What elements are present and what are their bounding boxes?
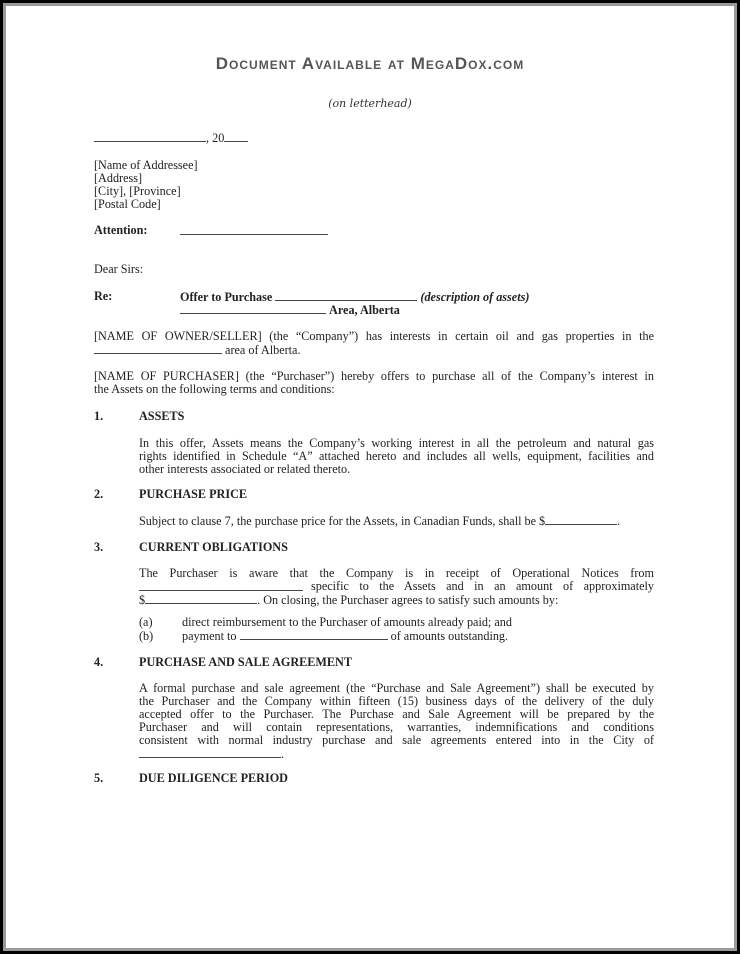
attention-blank	[180, 224, 328, 235]
re-description: (description of assets)	[420, 290, 529, 304]
section-1-line-3: other interests associated or related th…	[139, 463, 654, 476]
section-3-body: The Purchaser is aware that the Company …	[139, 567, 654, 607]
section-3-line-3-wrap: $. On closing, the Purchaser agrees to s…	[139, 593, 654, 607]
list-item-a-text: direct reimbursement to the Purchaser of…	[182, 615, 512, 629]
section-1-body: In this offer, Assets means the Company’…	[139, 437, 654, 476]
addressee-block: [Name of Addressee] [Address] [City], [P…	[94, 159, 198, 211]
payee-blank	[240, 629, 388, 640]
section-1-number: 1.	[94, 410, 134, 423]
price-blank	[545, 514, 617, 525]
list-item-b: (b)payment to of amounts outstanding.	[139, 629, 654, 643]
section-3-line-2: specific to the Assets and in an amount …	[311, 580, 654, 593]
section-2-body: Subject to clause 7, the purchase price …	[139, 514, 654, 528]
re-area-text: Area, Alberta	[329, 303, 400, 317]
date-blank	[94, 131, 206, 142]
intro-p2-line2: the Assets on the following terms and co…	[94, 383, 654, 396]
section-4-body: A formal purchase and sale agreement (th…	[139, 682, 654, 761]
letterhead-note: (on letterhead)	[6, 97, 734, 110]
section-1-heading: 1. ASSETS	[94, 410, 654, 424]
section-5-title: DUE DILIGENCE PERIOD	[139, 772, 288, 785]
section-3-line-3: . On closing, the Purchaser agrees to sa…	[257, 593, 558, 607]
section-4-line-5: consistent with normal industry purchase…	[139, 734, 654, 747]
intro-paragraph-1: [NAME OF OWNER/SELLER] (the “Company”) h…	[94, 330, 654, 357]
area-blank	[94, 343, 222, 354]
section-4-number: 4.	[94, 656, 134, 669]
document-page: Document Available at MegaDox.com (on le…	[6, 6, 734, 948]
section-2-number: 2.	[94, 488, 134, 501]
section-3-number: 3.	[94, 541, 134, 554]
year-blank	[224, 131, 248, 142]
section-2-period: .	[617, 514, 620, 528]
intro-p1-line2: area of Alberta.	[225, 343, 300, 357]
section-4-title: PURCHASE AND SALE AGREEMENT	[139, 656, 352, 669]
section-4-line-6: .	[139, 747, 654, 761]
section-5-heading: 5. DUE DILIGENCE PERIOD	[94, 772, 654, 786]
section-3-list: (a)direct reimbursement to the Purchaser…	[139, 616, 654, 643]
attention-label: Attention:	[94, 224, 147, 237]
list-item-b-text: payment to	[182, 629, 237, 643]
date-year-prefix: , 20	[206, 131, 224, 145]
list-item-b-label: (b)	[139, 630, 182, 643]
list-item-a: (a)direct reimbursement to the Purchaser…	[139, 616, 654, 629]
section-1-title: ASSETS	[139, 410, 184, 423]
list-item-b-text-after: of amounts outstanding.	[391, 629, 508, 643]
addressee-postal: [Postal Code]	[94, 198, 198, 211]
section-3-heading: 3. CURRENT OBLIGATIONS	[94, 541, 654, 555]
watermark-title: Document Available at MegaDox.com	[6, 54, 734, 74]
section-2-heading: 2. PURCHASE PRICE	[94, 488, 654, 502]
intro-paragraph-2: [NAME OF PURCHASER] (the “Purchaser”) he…	[94, 370, 654, 396]
date-line: , 20	[94, 131, 248, 145]
list-item-a-label: (a)	[139, 616, 182, 629]
re-area-blank	[180, 303, 326, 314]
section-4-heading: 4. PURCHASE AND SALE AGREEMENT	[94, 656, 654, 670]
section-4-period: .	[281, 747, 284, 761]
amount-blank	[145, 593, 257, 604]
section-5-number: 5.	[94, 772, 134, 785]
section-3-title: CURRENT OBLIGATIONS	[139, 541, 288, 554]
attention-line	[180, 224, 328, 238]
intro-p1-line2-wrap: area of Alberta.	[94, 343, 654, 357]
re-offer-text: Offer to Purchase	[180, 290, 272, 304]
page-frame: Document Available at MegaDox.com (on le…	[3, 3, 737, 951]
re-line-2: Area, Alberta	[180, 303, 400, 317]
re-line-1: Offer to Purchase (description of assets…	[180, 290, 529, 304]
re-asset-blank	[275, 290, 417, 301]
city-blank	[139, 747, 281, 758]
section-2-text: Subject to clause 7, the purchase price …	[139, 514, 545, 528]
intro-p1-line1: [NAME OF OWNER/SELLER] (the “Company”) h…	[94, 330, 654, 343]
section-2-title: PURCHASE PRICE	[139, 488, 247, 501]
re-label: Re:	[94, 290, 112, 303]
notices-from-blank	[139, 580, 303, 591]
section-3-line-2-wrap: specific to the Assets and in an amount …	[139, 580, 654, 593]
salutation: Dear Sirs:	[94, 263, 143, 276]
